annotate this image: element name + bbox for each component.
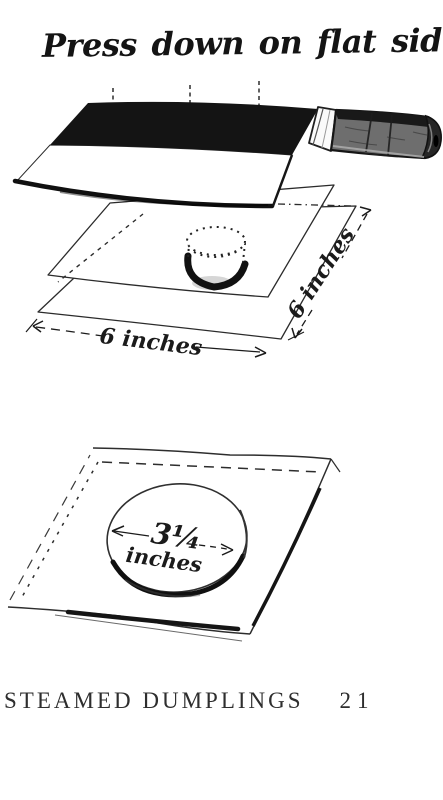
dumpling-press-diagram: 6 inches 6 inches: [0, 0, 443, 800]
paper-edge-shading: [253, 488, 320, 626]
cleaver-blade: [15, 102, 318, 206]
cleaver-press-illustration: 6 inches 6 inches: [15, 81, 441, 361]
cleaver-handle: [309, 107, 441, 158]
inner-dashed-border: [102, 462, 320, 472]
book-page: Press down on flat side: [0, 0, 443, 800]
footer-page-number: 21: [340, 688, 375, 714]
blade-lower-face: [16, 145, 292, 206]
page-footer: STEAMED DUMPLINGS 21: [4, 688, 375, 714]
footer-section-title: STEAMED DUMPLINGS: [4, 688, 304, 714]
flattened-dough-illustration: 3¼ inches: [8, 448, 340, 641]
